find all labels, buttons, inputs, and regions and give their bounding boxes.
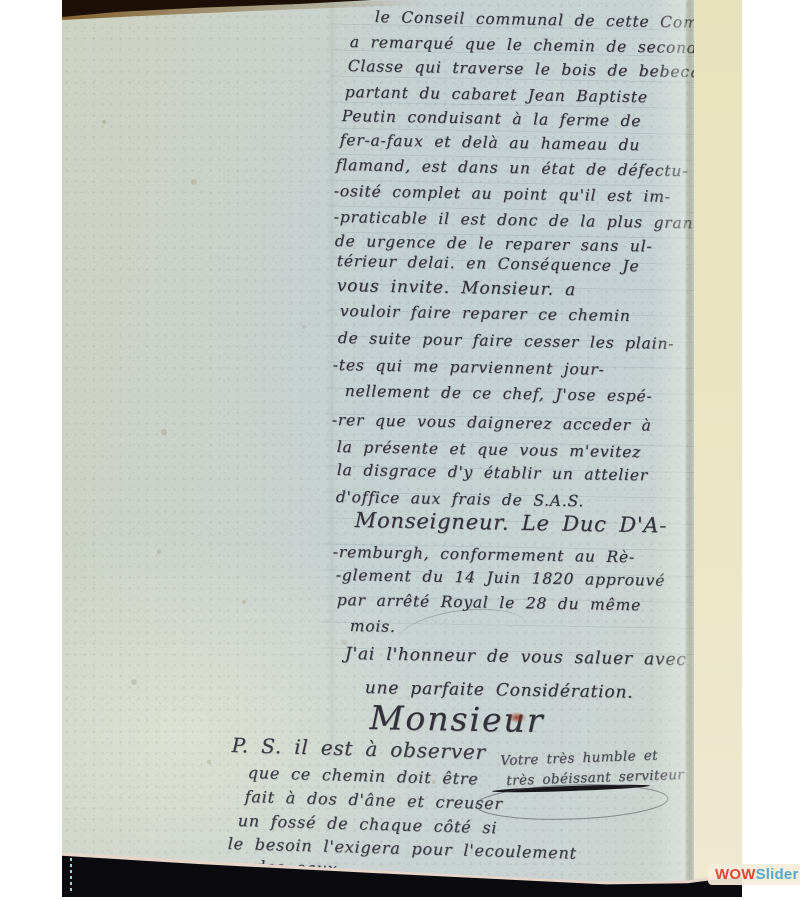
letter-line: vous invite. Monsieur. a [337, 276, 577, 300]
book-page-edges [694, 0, 742, 892]
wowslider-watermark[interactable]: WOWSlider [708, 864, 800, 885]
binding-thread [70, 858, 72, 892]
signature-flourish [472, 778, 672, 830]
manuscript-page-photo: le Conseil communal de cette Commune a r… [62, 0, 742, 897]
ink-smudge [508, 712, 526, 723]
watermark-wow-text: WOW [715, 864, 756, 885]
watermark-slider-text: Slider [756, 864, 799, 885]
manuscript-photo-viewer: le Conseil communal de cette Commune a r… [0, 0, 800, 900]
page-curl-highlight [652, 0, 686, 892]
letter-line: mois. [350, 617, 396, 636]
foxing-stains [102, 120, 106, 124]
